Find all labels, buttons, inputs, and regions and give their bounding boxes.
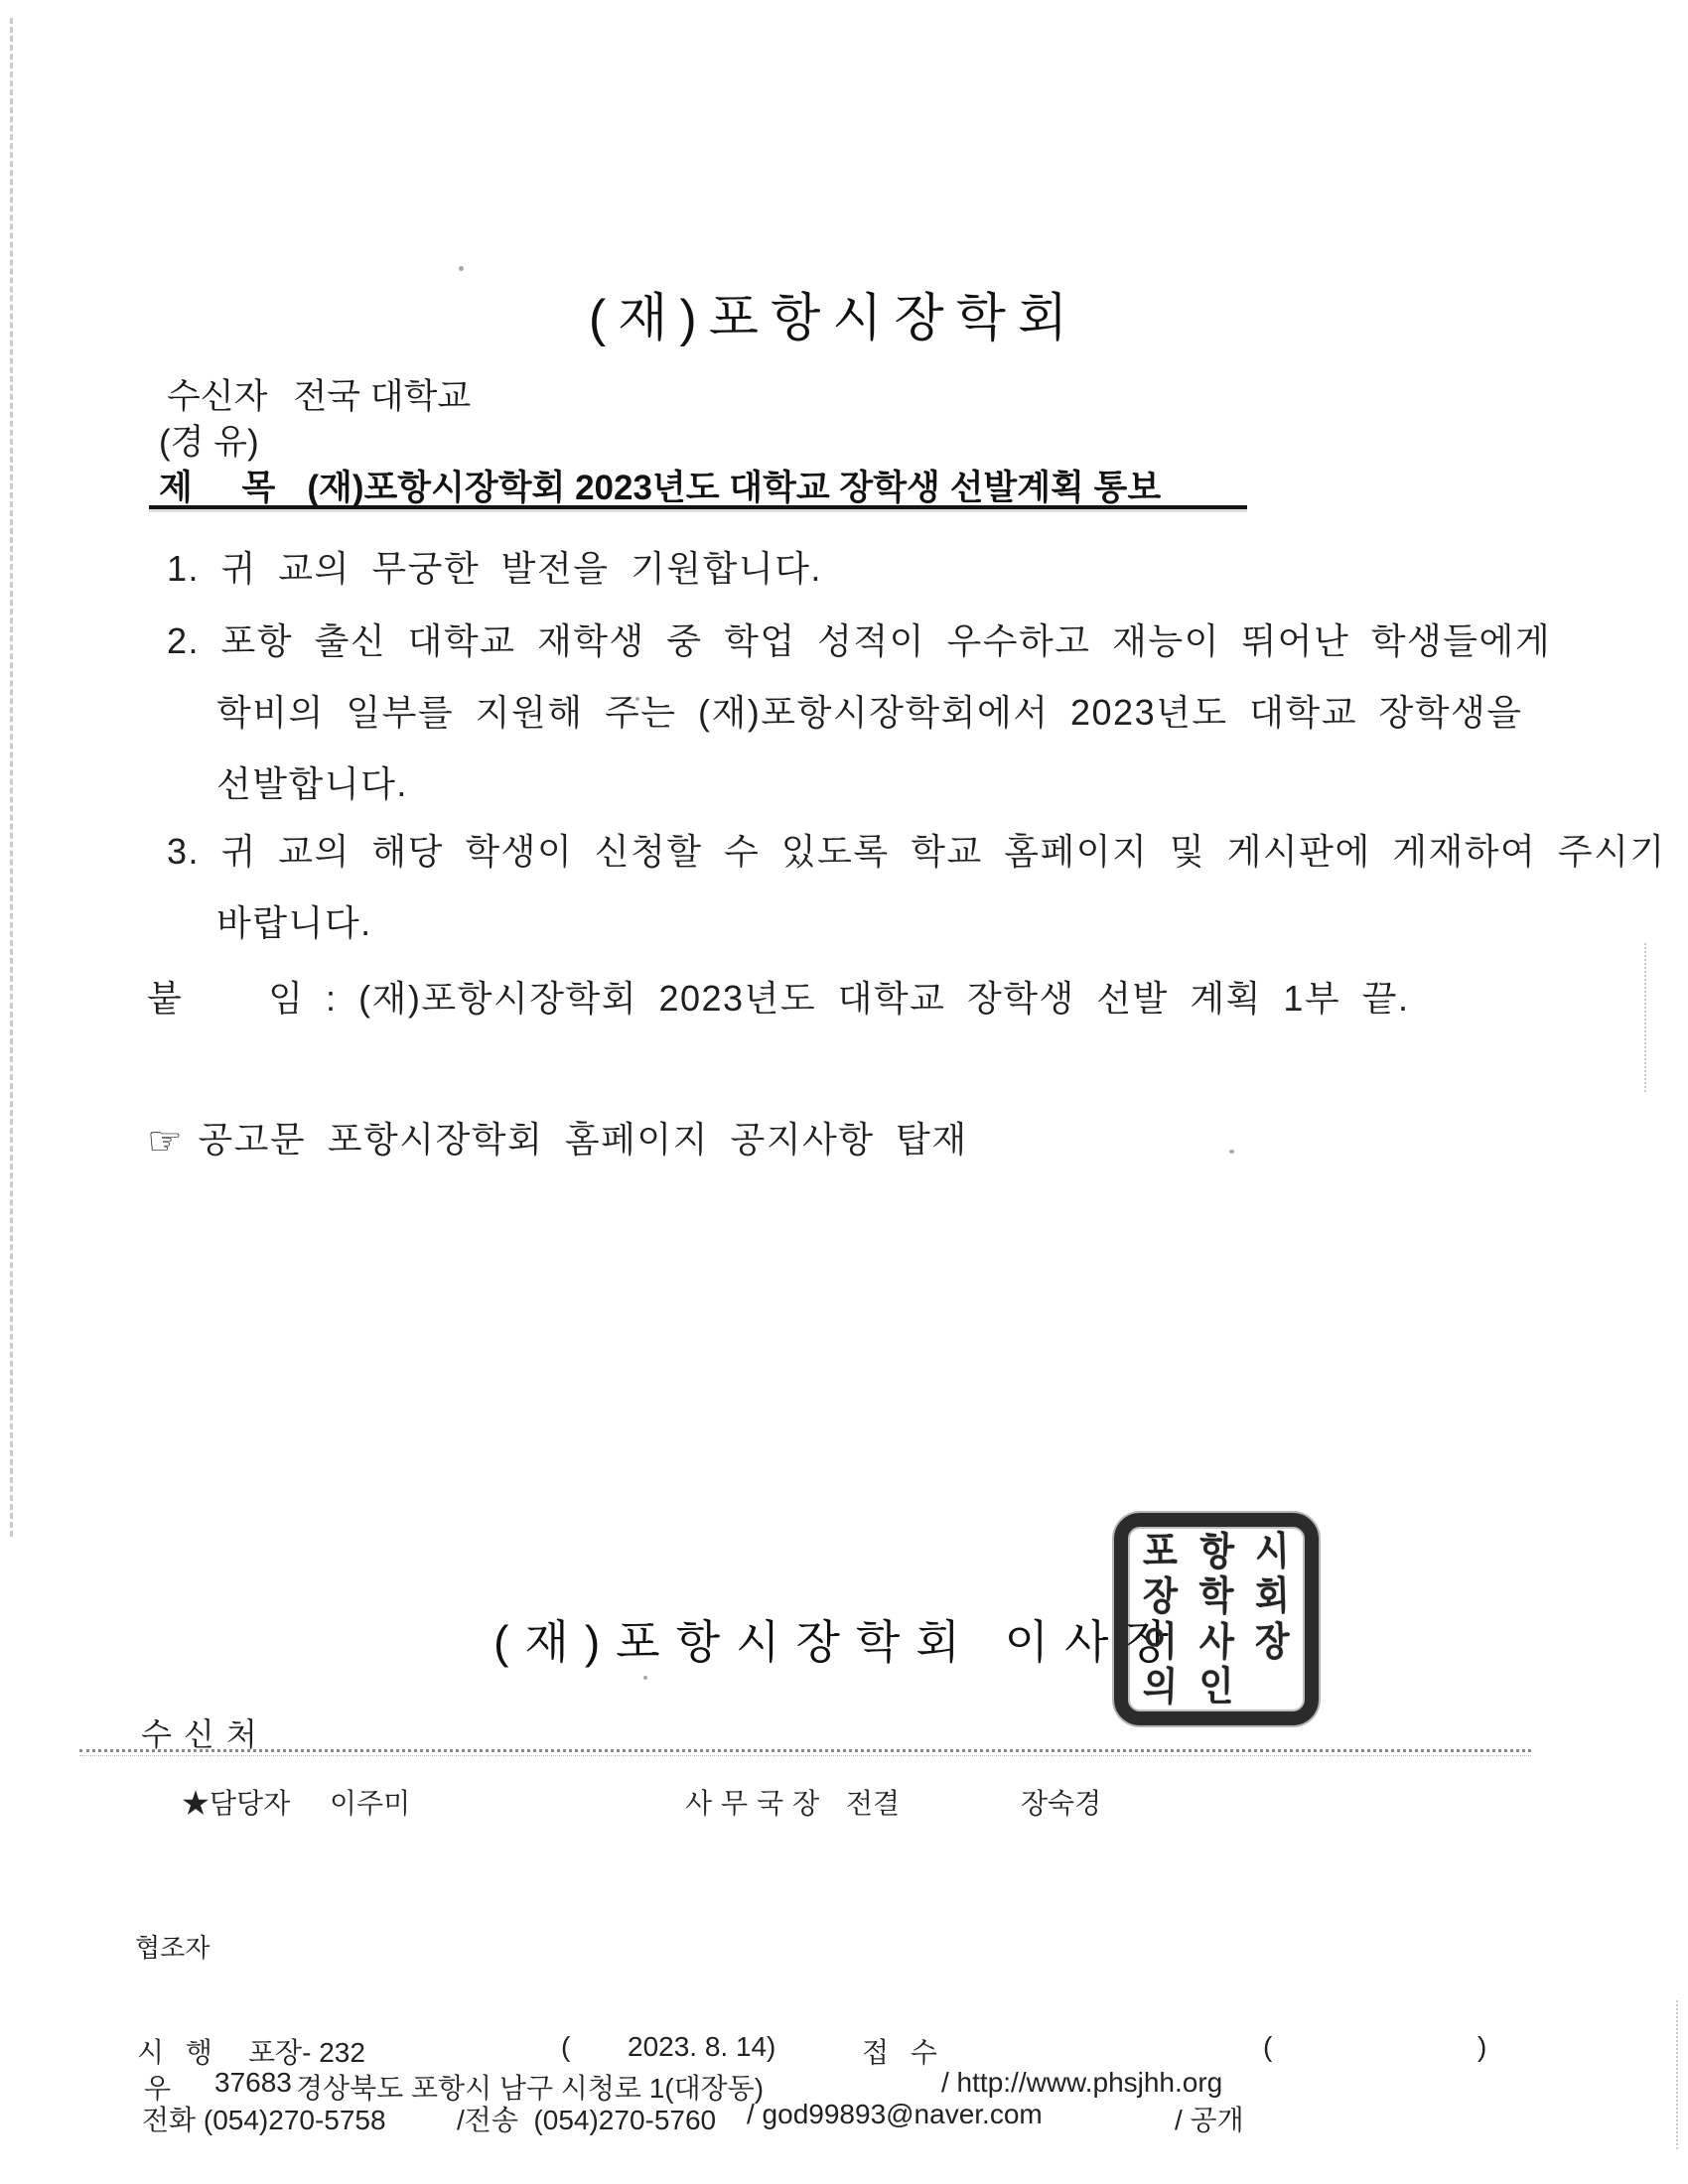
receive-paren-open: (: [1263, 2031, 1272, 2063]
manager-label: ★담당자: [182, 1782, 290, 1822]
director-name: 장숙경: [1021, 1782, 1101, 1822]
email: / god99893@naver.com: [747, 2099, 1043, 2130]
document-title: (재)포항시장학회: [0, 276, 1668, 350]
doc-number: 포장- 232: [248, 2031, 365, 2071]
seal-character: 장: [1142, 1577, 1178, 1616]
subject-label: 제 목: [159, 469, 275, 507]
scan-artifact-right-line: [1644, 943, 1646, 1092]
seal-character: 시: [1255, 1532, 1291, 1570]
scan-artifact-left-line: [10, 18, 13, 1537]
body-paragraph-2-line-3: 선발합니다.: [216, 756, 408, 807]
recipient-value: 전국 대학교: [293, 377, 471, 416]
date-paren-close: ): [767, 2031, 775, 2063]
body-paragraph-2-line-1: 2. 포항 출신 대학교 재학생 중 학업 성적이 우수하고 재능이 뛰어난 학…: [167, 614, 1551, 664]
notice-line: ☞공고문 포항시장학회 홈페이지 공지사항 탑재: [147, 1112, 968, 1164]
subject-text: (재)포항시장학회 2023년도 대학교 장학생 선발계획 통보: [307, 469, 1161, 507]
phone: 전화 (054)270-5758: [142, 2099, 386, 2138]
seal-character: 회: [1255, 1577, 1291, 1616]
zip-code: 37683: [214, 2067, 292, 2099]
receive-label: 접 수: [862, 2031, 944, 2071]
disclosure: / 공개: [1175, 2099, 1244, 2138]
website: / http://www.phsjhh.org: [941, 2067, 1222, 2099]
seal-character: 이: [1143, 1623, 1178, 1661]
notice-text: 공고문 포항시장학회 홈페이지 공지사항 탑재: [198, 1119, 967, 1160]
signer-title: (재)포항시장학회 이사장: [0, 1606, 1678, 1672]
scan-speck: [1229, 1150, 1234, 1154]
subject-underline: [149, 505, 1247, 509]
seal-character: 항: [1198, 1532, 1234, 1570]
recipient-line: 수신자전국 대학교: [167, 369, 471, 419]
receiver-separator-line: [79, 1749, 1531, 1756]
body-paragraph-2-line-2: 학비의 일부를 지원해 주는 (재)포항시장학회에서 2023년도 대학교 장학…: [216, 685, 1523, 736]
send-label: 시 행: [137, 2031, 219, 2071]
seal-character: 사: [1198, 1622, 1234, 1661]
scan-speck: [643, 1676, 647, 1680]
document-page: (재)포항시장학회 수신자전국 대학교 (경 유) 제 목(재)포항시장학회 2…: [0, 0, 1688, 2184]
director-title: 사무국장: [685, 1782, 828, 1822]
pointing-hand-icon: ☞: [147, 1120, 184, 1163]
recipient-label: 수신자: [167, 377, 267, 416]
cooperator-label: 협조자: [135, 1928, 210, 1965]
body-paragraph-3-line-1: 3. 귀 교의 해당 학생이 신청할 수 있도록 학교 홈페이지 및 게시판에 …: [167, 824, 1666, 875]
seal-character: 의: [1142, 1668, 1178, 1706]
seal-character: 장: [1255, 1622, 1291, 1661]
attachment-line: 붙 임 : (재)포항시장학회 2023년도 대학교 장학생 선발 계획 1부 …: [147, 971, 1409, 1022]
scan-artifact-right-line-2: [1676, 2000, 1678, 2149]
date-paren-open: (: [561, 2031, 570, 2063]
send-date: 2023. 8. 14: [628, 2031, 767, 2063]
body-paragraph-3-line-2: 바랍니다.: [216, 895, 372, 946]
via-line: (경 유): [159, 415, 259, 465]
scan-speck: [459, 266, 464, 271]
receive-paren-close: ): [1477, 2031, 1486, 2063]
corporate-seal-stamp: 포 항 시 장 학 회 이 사 장 의 인: [1114, 1513, 1319, 1725]
fax: /전송 (054)270-5760: [457, 2099, 716, 2138]
body-paragraph-1: 1. 귀 교의 무궁한 발전을 기원합니다.: [167, 541, 822, 592]
subject-line: 제 목(재)포항시장학회 2023년도 대학교 장학생 선발계획 통보: [159, 461, 1161, 510]
seal-character: 학: [1199, 1577, 1234, 1615]
seal-character: 인: [1199, 1668, 1234, 1706]
manager-name: 이주미: [330, 1782, 410, 1822]
seal-character: 포: [1143, 1533, 1178, 1570]
approval-mark: 전결: [846, 1782, 900, 1822]
